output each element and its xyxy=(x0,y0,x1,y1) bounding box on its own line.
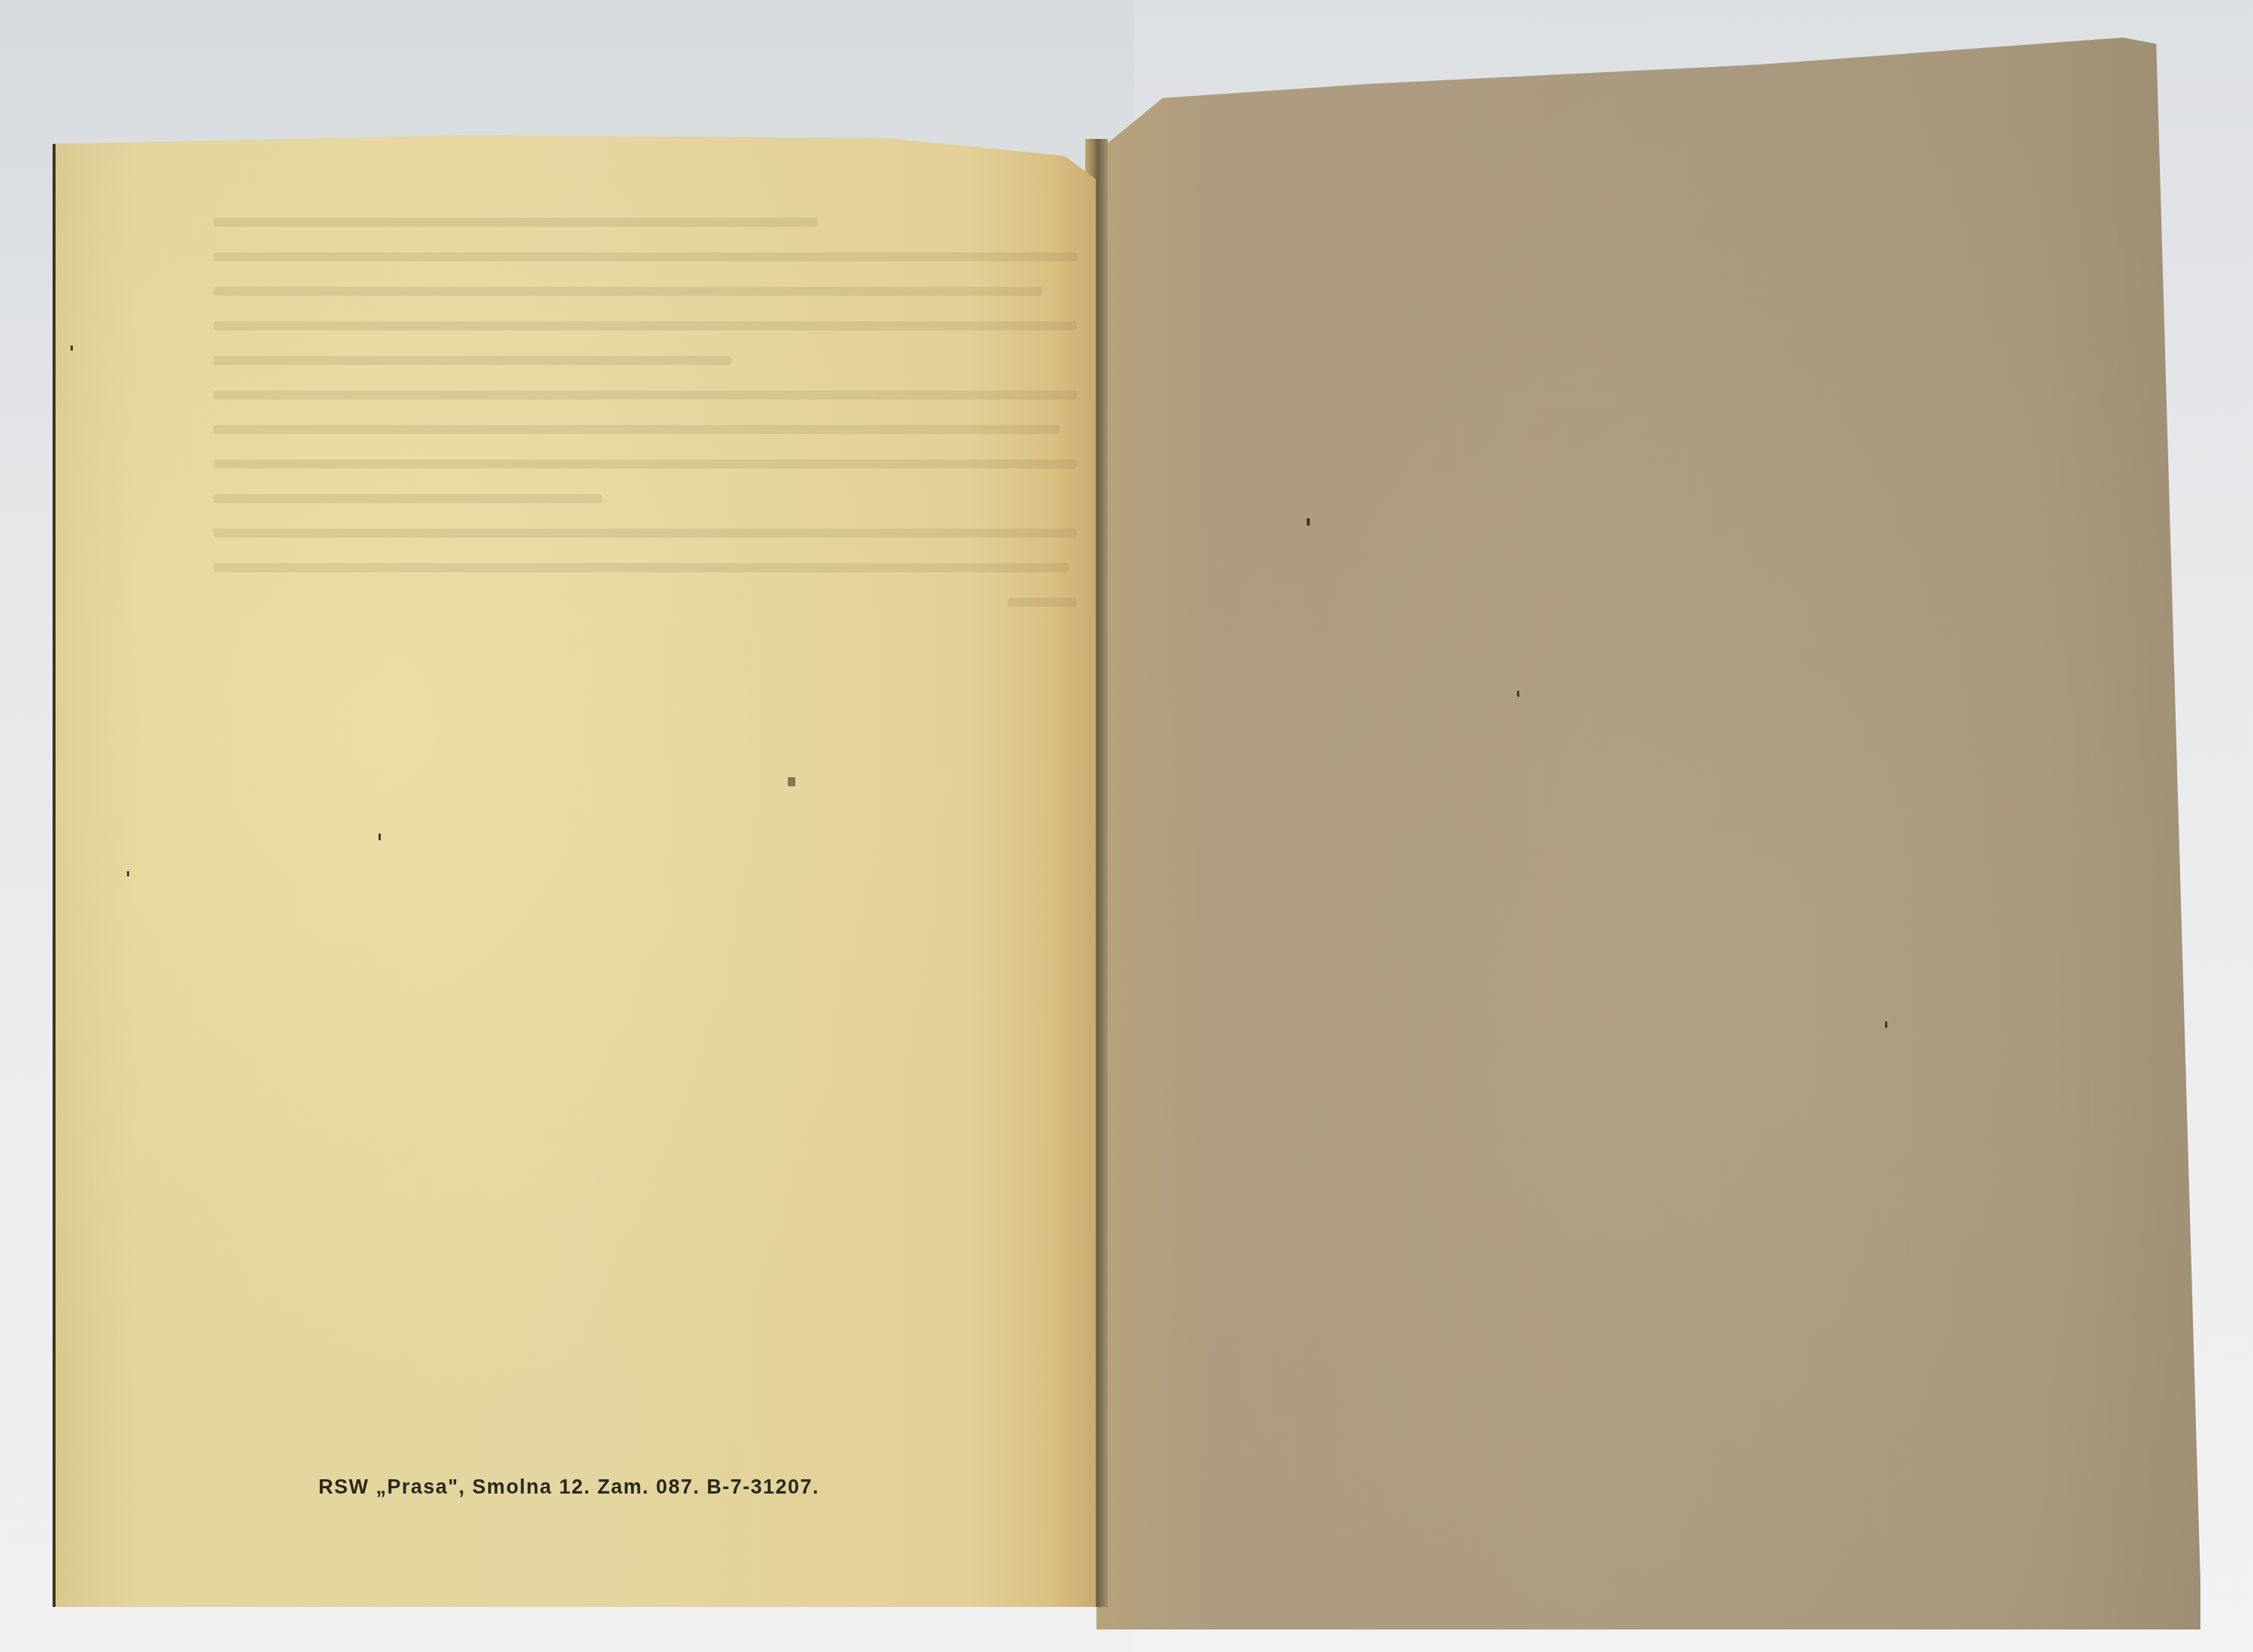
paper-speck xyxy=(1307,518,1310,526)
paper-speck xyxy=(71,345,73,351)
paper-speck xyxy=(788,777,795,786)
photo-scene: RSW „Prasa", Smolna 12. Zam. 087. B-7-31… xyxy=(0,0,2253,1652)
printer-colophon: RSW „Prasa", Smolna 12. Zam. 087. B-7-31… xyxy=(318,1476,819,1499)
paper-speck xyxy=(127,871,129,876)
paper-speck xyxy=(1517,691,1519,697)
paper-speck xyxy=(379,834,381,840)
left-page: RSW „Prasa", Smolna 12. Zam. 087. B-7-31… xyxy=(53,135,1096,1607)
right-page-blank xyxy=(1096,38,2200,1629)
show-through-text xyxy=(213,218,1077,758)
paper-speck xyxy=(1885,1021,1887,1028)
